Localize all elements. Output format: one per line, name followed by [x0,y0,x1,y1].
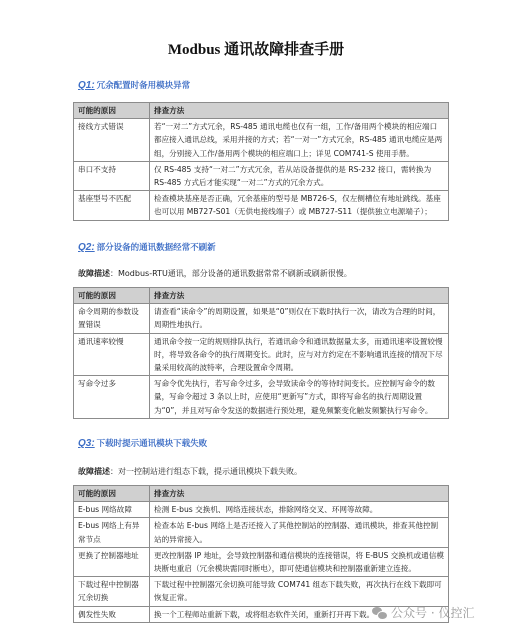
method-cell: 更改控制器 IP 地址，会导致控制器和通信模块的连接错误，将 E-BUS 交换机… [150,547,449,576]
cause-cell: 命令周期的参数设置错误 [74,304,150,333]
table-row: 通讯速率较慢 通讯命令按一定的规则排队执行，若通讯命令和通讯数据量太多，而通讯速… [74,333,449,376]
section-heading-q3: Q3:下载时提示通讯模块下载失败 [78,437,207,449]
table-row: 基座型号不匹配 检查模块基座是否正确，冗余基座的型号是 MB726-S，仅左侧槽… [74,191,449,220]
table-row: 更换了控制器地址 更改控制器 IP 地址，会导致控制器和通信模块的连接错误，将 … [74,547,449,576]
section-title: 部分设备的通讯数据经常不刷新 [97,243,216,253]
troubleshoot-table-q2: 可能的原因 排查方法 命令周期的参数设置错误 请查看“读命令”的周期设置，如果是… [73,287,449,419]
cause-cell: 接线方式错误 [74,119,150,162]
table-header-row: 可能的原因 排查方法 [74,486,449,502]
cause-cell: 通讯速率较慢 [74,333,150,376]
method-cell: 检测 E-bus 交换机、网络连接状态，排除网络交叉、环网等故障。 [150,502,449,518]
table-row: E-bus 网络故障 检测 E-bus 交换机、网络连接状态，排除网络交叉、环网… [74,502,449,518]
method-cell: 检查本站 E-bus 网络上是否还接入了其他控制站的控制器、通讯模块，排查其他控… [150,518,449,547]
question-number: Q1: [78,80,95,91]
method-cell: 下载过程中控制器冗余切换可能导致 COM741 组态下载失败，再次执行在线下载即… [150,577,449,606]
description-text: ：Modbus-RTU通讯，部分设备的通讯数据常常不刷新或刷新很慢。 [110,269,352,278]
method-cell: 请查看“读命令”的周期设置，如果是“0”则仅在下载时执行一次，请改为合理的时间，… [150,304,449,333]
column-header-method: 排查方法 [150,288,449,304]
table-header-row: 可能的原因 排查方法 [74,103,449,119]
wechat-icon [372,607,387,619]
table-header-row: 可能的原因 排查方法 [74,288,449,304]
cause-cell: 基座型号不匹配 [74,191,150,220]
cause-cell: 下载过程中控制器冗余切换 [74,577,150,606]
cause-cell: 写命令过多 [74,376,150,419]
section-heading-q1: Q1:冗余配置时备用模块异常 [78,79,190,91]
watermark: 公众号 · 仪控汇 [372,604,474,621]
cause-cell: 更换了控制器地址 [74,547,150,576]
method-cell: 写命令优先执行，若写命令过多，会导致读命令的等待时间变长。应控制写命令的数量，写… [150,376,449,419]
cause-cell: E-bus 网络上有异常节点 [74,518,150,547]
section-title: 下载时提示通讯模块下载失败 [97,439,208,449]
description-label: 故障描述 [78,269,110,278]
column-header-method: 排查方法 [150,486,449,502]
method-cell: 检查模块基座是否正确，冗余基座的型号是 MB726-S，仅左侧槽位有地址跳线。基… [150,191,449,220]
section-title: 冗余配置时备用模块异常 [97,81,191,91]
cause-cell: 串口不支持 [74,161,150,190]
table-row: 串口不支持 仅 RS-485 支持“一对二”方式冗余，若从站设备提供的是 RS-… [74,161,449,190]
table-row: 命令周期的参数设置错误 请查看“读命令”的周期设置，如果是“0”则仅在下载时执行… [74,304,449,333]
column-header-cause: 可能的原因 [74,288,150,304]
method-cell: 若“一对二”方式冗余，RS-485 通讯电缆也仅有一组，工作/备用两个模块的相应… [150,119,449,162]
cause-cell: E-bus 网络故障 [74,502,150,518]
fault-description-q2: 故障描述：Modbus-RTU通讯，部分设备的通讯数据常常不刷新或刷新很慢。 [78,268,352,279]
question-number: Q3: [78,438,95,449]
table-row: 下载过程中控制器冗余切换 下载过程中控制器冗余切换可能导致 COM741 组态下… [74,577,449,606]
troubleshoot-table-q3: 可能的原因 排查方法 E-bus 网络故障 检测 E-bus 交换机、网络连接状… [73,485,449,623]
cause-cell: 偶发性失败 [74,606,150,622]
column-header-method: 排查方法 [150,103,449,119]
table-row: E-bus 网络上有异常节点 检查本站 E-bus 网络上是否还接入了其他控制站… [74,518,449,547]
watermark-text: 公众号 · 仪控汇 [391,604,474,621]
description-label: 故障描述 [78,467,110,476]
method-cell: 通讯命令按一定的规则排队执行，若通讯命令和通讯数据量太多，而通讯速率设置较慢时，… [150,333,449,376]
method-cell: 仅 RS-485 支持“一对二”方式冗余，若从站设备提供的是 RS-232 接口… [150,161,449,190]
fault-description-q3: 故障描述：对一控制站进行组态下载，提示通讯模块下载失败。 [78,466,302,477]
description-text: ：对一控制站进行组态下载，提示通讯模块下载失败。 [110,467,302,476]
column-header-cause: 可能的原因 [74,103,150,119]
column-header-cause: 可能的原因 [74,486,150,502]
table-row: 写命令过多 写命令优先执行，若写命令过多，会导致读命令的等待时间变长。应控制写命… [74,376,449,419]
troubleshoot-table-q1: 可能的原因 排查方法 接线方式错误 若“一对二”方式冗余，RS-485 通讯电缆… [73,102,449,221]
page-title: Modbus 通讯故障排查手册 [0,38,512,59]
question-number: Q2: [78,242,95,253]
table-row: 接线方式错误 若“一对二”方式冗余，RS-485 通讯电缆也仅有一组，工作/备用… [74,119,449,162]
section-heading-q2: Q2:部分设备的通讯数据经常不刷新 [78,241,216,253]
